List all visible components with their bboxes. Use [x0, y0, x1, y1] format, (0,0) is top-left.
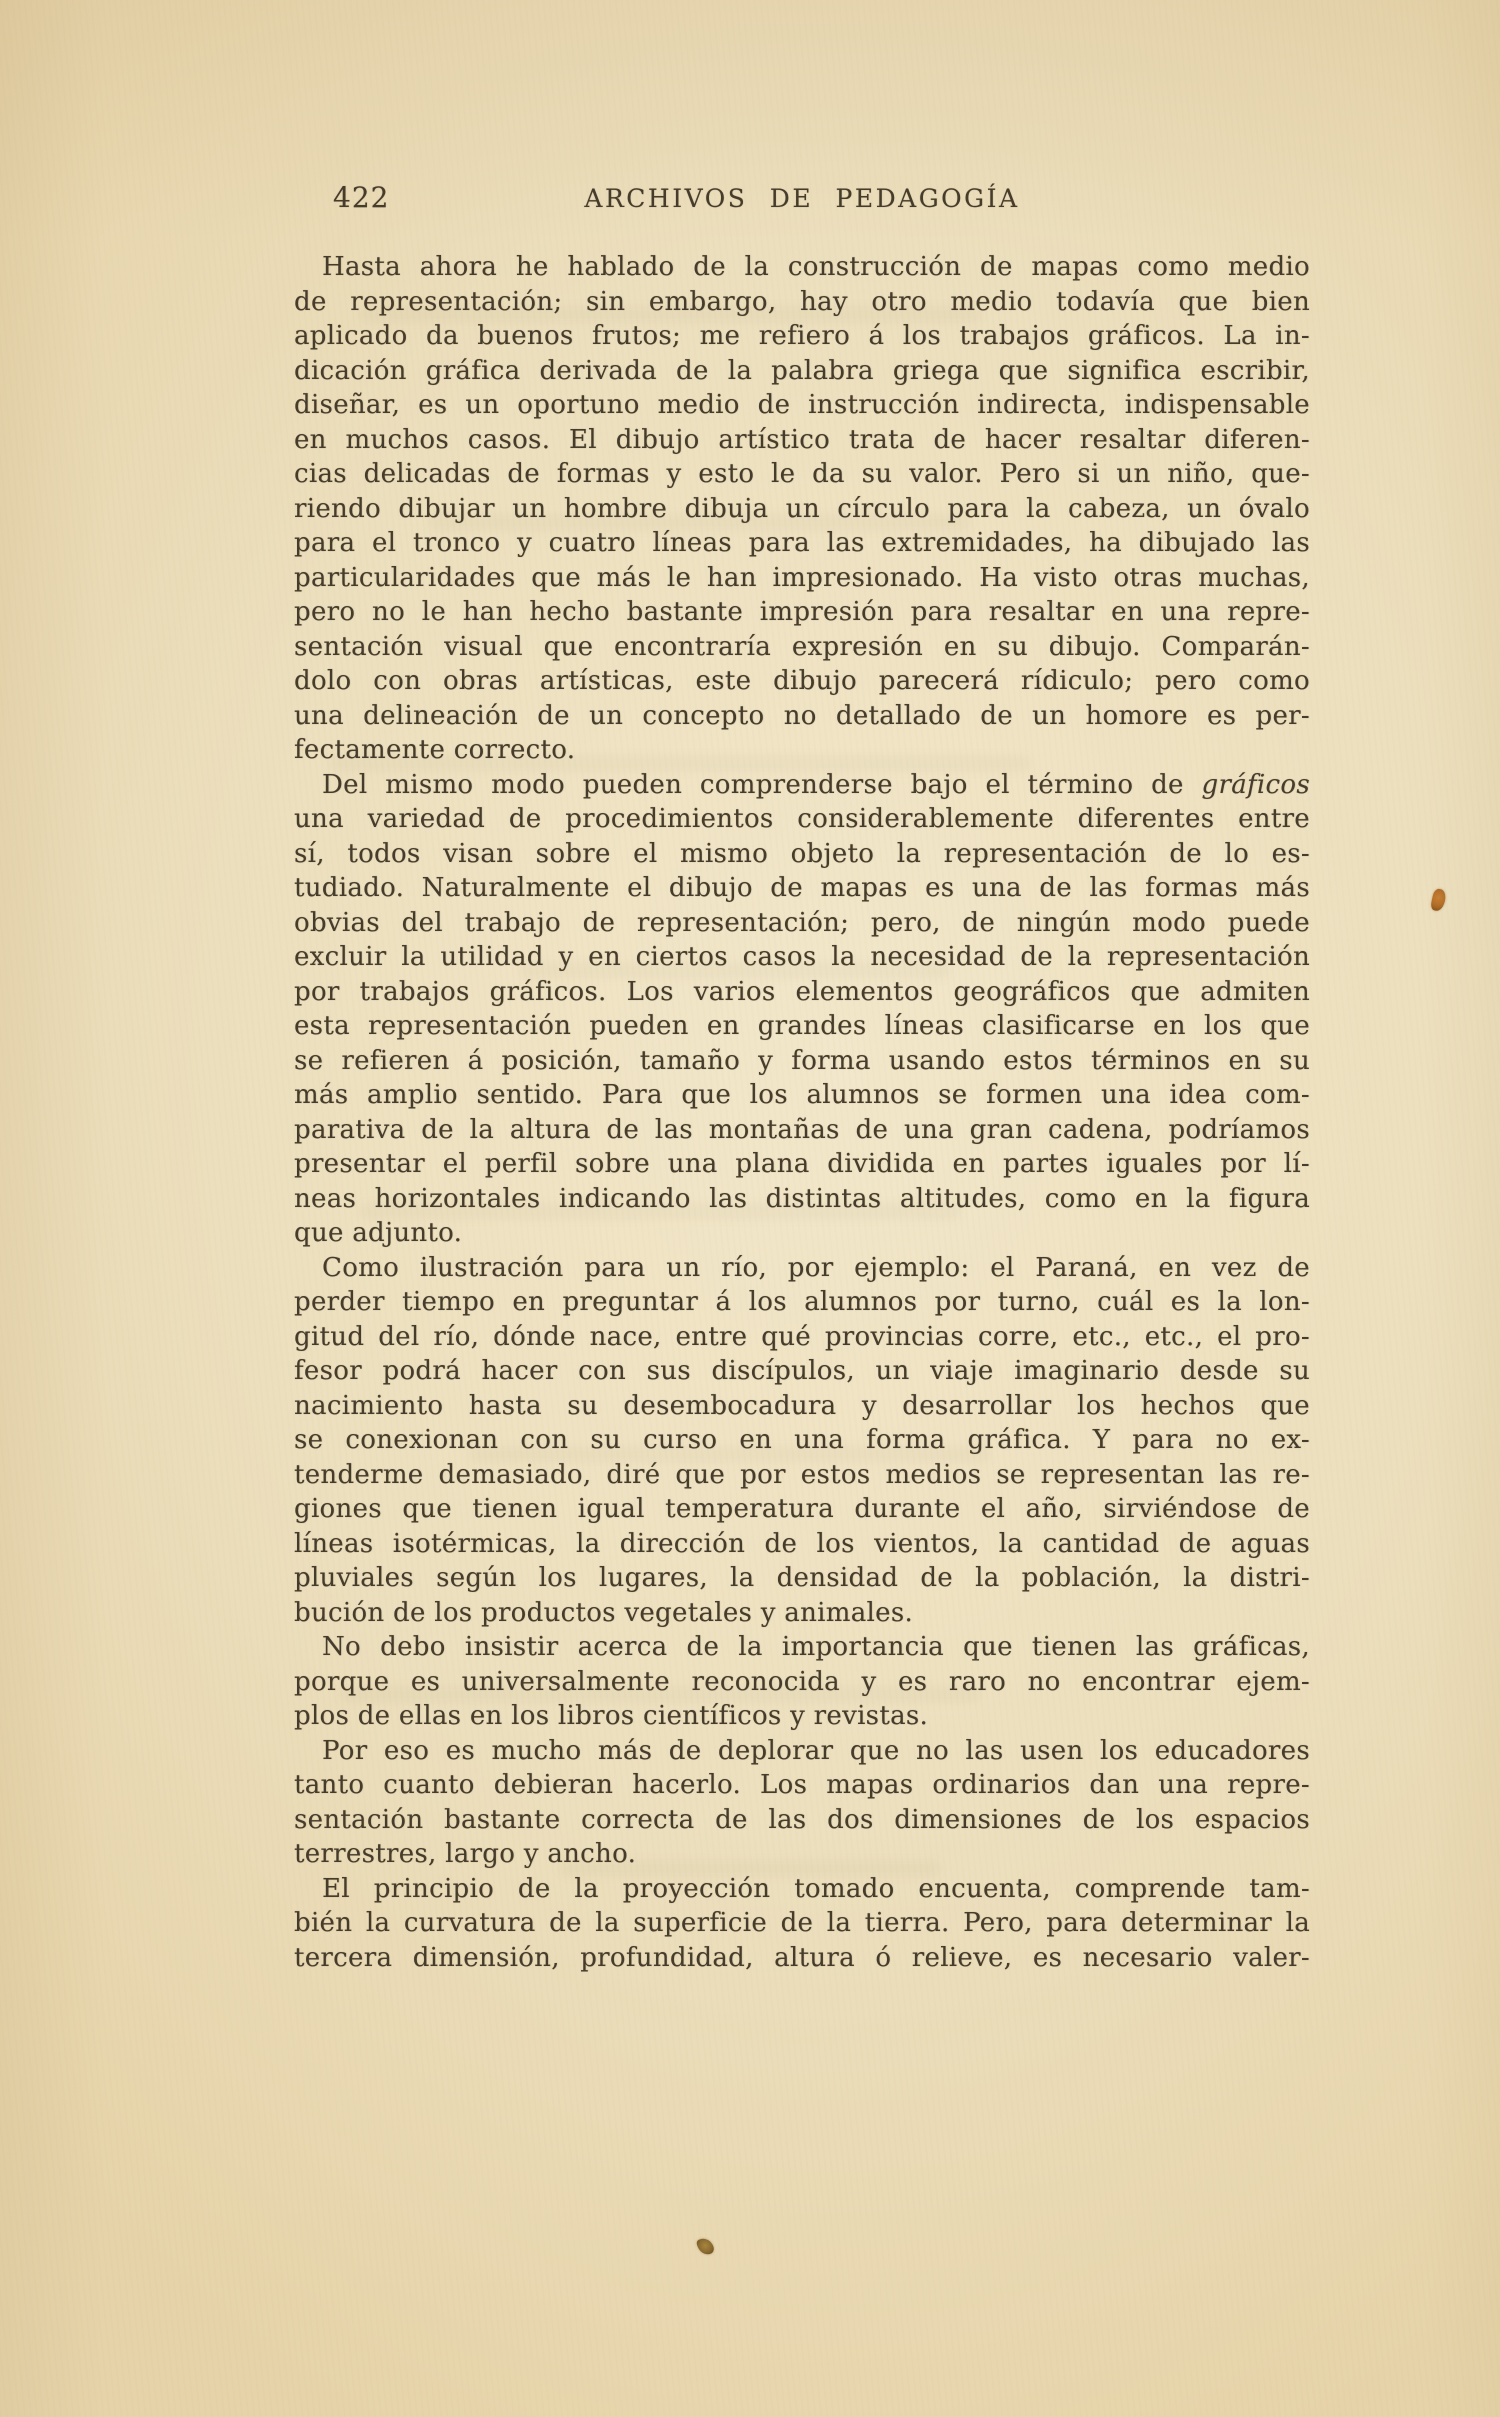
paragraph: No debo insistir acerca de la importanci… — [294, 1630, 1310, 1734]
text-segment: Del mismo modo pueden comprenderse bajo … — [322, 770, 1202, 800]
text-segment: diseñar, es un oportuno medio de instruc… — [294, 390, 1310, 420]
text-segment: Por eso es mucho más de deplorar que no … — [322, 1736, 1310, 1766]
text-segment: sí, todos visan sobre el mismo objeto la… — [294, 839, 1310, 869]
text-line: perder tiempo en preguntar á los alumnos… — [294, 1285, 1310, 1320]
text-line: nacimiento hasta su desembocadura y desa… — [294, 1389, 1310, 1424]
text-segment: esta representación pueden en grandes lí… — [294, 1011, 1310, 1041]
text-line: tenderme demasiado, diré que por estos m… — [294, 1458, 1310, 1493]
paragraph: Del mismo modo pueden comprenderse bajo … — [294, 768, 1310, 1251]
text-line: para el tronco y cuatro líneas para las … — [294, 526, 1310, 561]
text-line: obvias del trabajo de representación; pe… — [294, 906, 1310, 941]
text-segment: pluviales según los lugares, la densidad… — [294, 1563, 1310, 1593]
text-segment: bién la curvatura de la superficie de la… — [294, 1908, 1310, 1938]
text-line: No debo insistir acerca de la importanci… — [294, 1630, 1310, 1665]
text-line: sentación visual que encontraría expresi… — [294, 630, 1310, 665]
text-segment: aplicado da buenos frutos; me refiero á … — [294, 321, 1310, 351]
text-line: se refieren á posición, tamaño y forma u… — [294, 1044, 1310, 1079]
text-segment: pero no le han hecho bastante impresión … — [294, 597, 1310, 627]
text-line: bución de los productos vegetales y anim… — [294, 1596, 1310, 1631]
text-line: sí, todos visan sobre el mismo objeto la… — [294, 837, 1310, 872]
text-line: neas horizontales indicando las distinta… — [294, 1182, 1310, 1217]
text-line: líneas isotérmicas, la dirección de los … — [294, 1527, 1310, 1562]
text-segment: por trabajos gráficos. Los varios elemen… — [294, 977, 1310, 1007]
text-segment: excluir la utilidad y en ciertos casos l… — [294, 942, 1310, 972]
text-segment: sentación bastante correcta de las dos d… — [294, 1805, 1310, 1835]
text-segment: para el tronco y cuatro líneas para las … — [294, 528, 1310, 558]
text-line: fesor podrá hacer con sus discípulos, un… — [294, 1354, 1310, 1389]
text-line: El principio de la proyección tomado enc… — [294, 1872, 1310, 1907]
paragraph: Por eso es mucho más de deplorar que no … — [294, 1734, 1310, 1872]
paper-stain-speck — [1430, 888, 1447, 912]
text-segment: dicación gráfica derivada de la palabra … — [294, 356, 1310, 386]
text-line: tudiado. Naturalmente el dibujo de mapas… — [294, 871, 1310, 906]
text-line: sentación bastante correcta de las dos d… — [294, 1803, 1310, 1838]
text-segment: El principio de la proyección tomado enc… — [322, 1874, 1310, 1904]
text-line: terrestres, largo y ancho. — [294, 1837, 1310, 1872]
text-segment: porque es universalmente reconocida y es… — [294, 1667, 1310, 1697]
paper-stain-speck — [696, 2236, 716, 2257]
text-segment: presentar el perfil sobre una plana divi… — [294, 1149, 1310, 1179]
text-segment: fesor podrá hacer con sus discípulos, un… — [294, 1356, 1310, 1386]
text-segment: Hasta ahora he hablado de la construcció… — [322, 252, 1310, 282]
text-line: dicación gráfica derivada de la palabra … — [294, 354, 1310, 389]
text-segment: perder tiempo en preguntar á los alumnos… — [294, 1287, 1310, 1317]
page-header: 422 ARCHIVOS DE PEDAGOGÍA — [294, 180, 1310, 216]
text-segment: dolo con obras artísticas, este dibujo p… — [294, 666, 1310, 696]
text-segment: tudiado. Naturalmente el dibujo de mapas… — [294, 873, 1310, 903]
text-segment: giones que tienen igual temperatura dura… — [294, 1494, 1310, 1524]
text-line: tanto cuanto debieran hacerlo. Los mapas… — [294, 1768, 1310, 1803]
text-segment: tanto cuanto debieran hacerlo. Los mapas… — [294, 1770, 1310, 1800]
text-line: una delineación de un concepto no detall… — [294, 699, 1310, 734]
text-line: parativa de la altura de las montañas de… — [294, 1113, 1310, 1148]
text-segment: Como ilustración para un río, por ejempl… — [322, 1253, 1310, 1283]
text-line: que adjunto. — [294, 1216, 1310, 1251]
text-segment: fectamente correcto. — [294, 735, 575, 765]
text-line: excluir la utilidad y en ciertos casos l… — [294, 940, 1310, 975]
text-line: dolo con obras artísticas, este dibujo p… — [294, 664, 1310, 699]
text-line: bién la curvatura de la superficie de la… — [294, 1906, 1310, 1941]
text-line: riendo dibujar un hombre dibuja un círcu… — [294, 492, 1310, 527]
text-line: se conexionan con su curso en una forma … — [294, 1423, 1310, 1458]
paragraph: Hasta ahora he hablado de la construcció… — [294, 250, 1310, 768]
text-line: plos de ellas en los libros científicos … — [294, 1699, 1310, 1734]
text-segment-italic: gráficos — [1202, 770, 1310, 800]
text-segment: de representación; sin embargo, hay otro… — [294, 287, 1310, 317]
text-line: una variedad de procedimientos considera… — [294, 802, 1310, 837]
text-segment: riendo dibujar un hombre dibuja un círcu… — [294, 494, 1310, 524]
text-line: más amplio sentido. Para que los alumnos… — [294, 1078, 1310, 1113]
text-line: de representación; sin embargo, hay otro… — [294, 285, 1310, 320]
text-line: Como ilustración para un río, por ejempl… — [294, 1251, 1310, 1286]
scanned-book-page: 422 ARCHIVOS DE PEDAGOGÍA Hasta ahora he… — [0, 0, 1500, 2417]
text-line: pluviales según los lugares, la densidad… — [294, 1561, 1310, 1596]
text-segment: una variedad de procedimientos considera… — [294, 804, 1310, 834]
text-segment: neas horizontales indicando las distinta… — [294, 1184, 1310, 1214]
text-segment: terrestres, largo y ancho. — [294, 1839, 636, 1869]
running-head-title: ARCHIVOS DE PEDAGOGÍA — [294, 182, 1310, 216]
text-segment: se conexionan con su curso en una forma … — [294, 1425, 1310, 1455]
text-line: Hasta ahora he hablado de la construcció… — [294, 250, 1310, 285]
text-segment: No debo insistir acerca de la importanci… — [322, 1632, 1310, 1662]
text-line: pero no le han hecho bastante impresión … — [294, 595, 1310, 630]
text-segment: más amplio sentido. Para que los alumnos… — [294, 1080, 1310, 1110]
body-text: Hasta ahora he hablado de la construcció… — [294, 250, 1310, 1975]
text-segment: gitud del río, dónde nace, entre qué pro… — [294, 1322, 1310, 1352]
text-line: esta representación pueden en grandes lí… — [294, 1009, 1310, 1044]
text-line: particularidades que más le han impresio… — [294, 561, 1310, 596]
text-segment: bución de los productos vegetales y anim… — [294, 1598, 913, 1628]
text-segment: particularidades que más le han impresio… — [294, 563, 1310, 593]
text-line: fectamente correcto. — [294, 733, 1310, 768]
text-segment: cias delicadas de formas y esto le da su… — [294, 459, 1310, 489]
text-segment: se refieren á posición, tamaño y forma u… — [294, 1046, 1310, 1076]
text-segment: plos de ellas en los libros científicos … — [294, 1701, 928, 1731]
text-segment: que adjunto. — [294, 1218, 462, 1248]
text-segment: tenderme demasiado, diré que por estos m… — [294, 1460, 1310, 1490]
text-line: giones que tienen igual temperatura dura… — [294, 1492, 1310, 1527]
text-line: diseñar, es un oportuno medio de instruc… — [294, 388, 1310, 423]
text-line: tercera dimensión, profundidad, altura ó… — [294, 1941, 1310, 1976]
paragraph: El principio de la proyección tomado enc… — [294, 1872, 1310, 1976]
paragraph: Como ilustración para un río, por ejempl… — [294, 1251, 1310, 1631]
text-segment: una delineación de un concepto no detall… — [294, 701, 1310, 731]
text-line: Del mismo modo pueden comprenderse bajo … — [294, 768, 1310, 803]
text-line: en muchos casos. El dibujo artístico tra… — [294, 423, 1310, 458]
text-line: Por eso es mucho más de deplorar que no … — [294, 1734, 1310, 1769]
text-segment: nacimiento hasta su desembocadura y desa… — [294, 1391, 1310, 1421]
text-line: gitud del río, dónde nace, entre qué pro… — [294, 1320, 1310, 1355]
text-segment: sentación visual que encontraría expresi… — [294, 632, 1310, 662]
text-line: aplicado da buenos frutos; me refiero á … — [294, 319, 1310, 354]
text-segment: líneas isotérmicas, la dirección de los … — [294, 1529, 1310, 1559]
text-line: porque es universalmente reconocida y es… — [294, 1665, 1310, 1700]
text-line: presentar el perfil sobre una plana divi… — [294, 1147, 1310, 1182]
text-line: por trabajos gráficos. Los varios elemen… — [294, 975, 1310, 1010]
text-segment: parativa de la altura de las montañas de… — [294, 1115, 1310, 1145]
text-segment: en muchos casos. El dibujo artístico tra… — [294, 425, 1310, 455]
text-segment: tercera dimensión, profundidad, altura ó… — [294, 1943, 1310, 1973]
text-line: cias delicadas de formas y esto le da su… — [294, 457, 1310, 492]
text-segment: obvias del trabajo de representación; pe… — [294, 908, 1310, 938]
